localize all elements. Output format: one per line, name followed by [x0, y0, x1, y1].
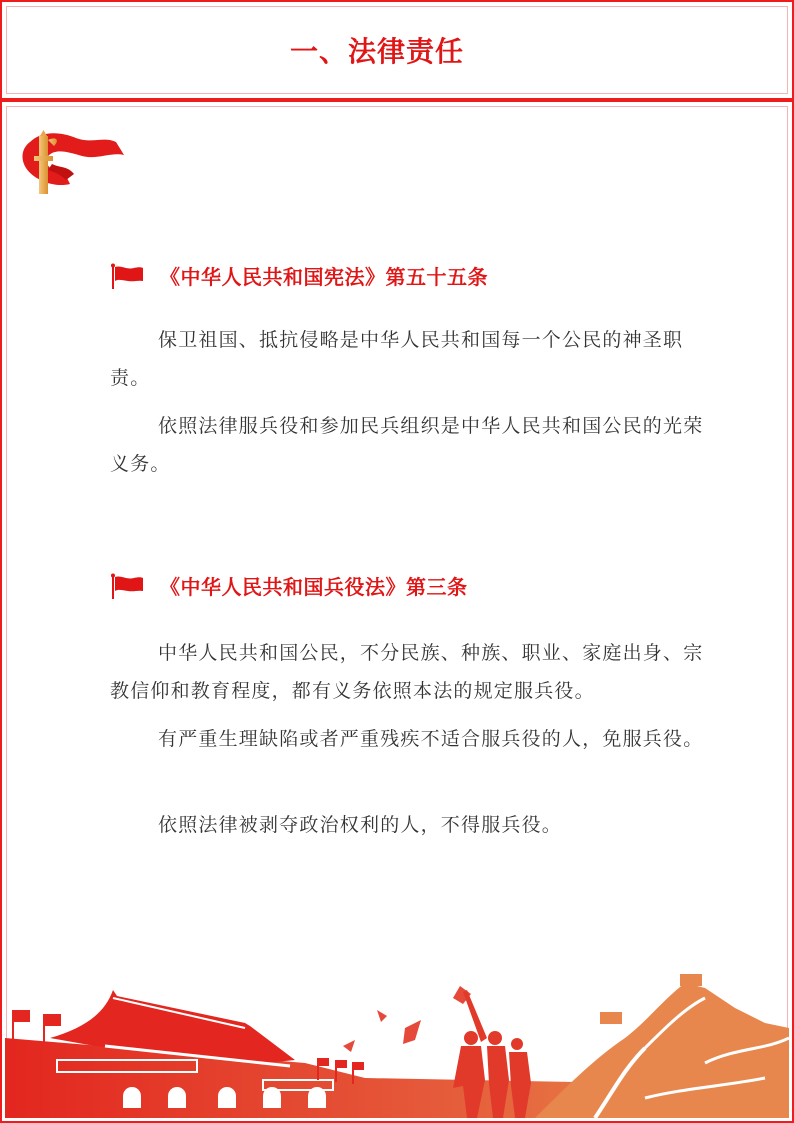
- section-heading-military-service-law: 《中华人民共和国兵役法》第三条: [110, 571, 468, 600]
- huabiao-ribbon-icon: [12, 128, 127, 198]
- paragraph: 保卫祖国、抵抗侵略是中华人民共和国每一个公民的神圣职责。: [110, 321, 720, 397]
- paragraph: 依照法律服兵役和参加民兵组织是中华人民共和国公民的光荣义务。: [110, 407, 720, 483]
- paragraph: 有严重生理缺陷或者严重残疾不适合服兵役的人，免服兵役。: [110, 720, 720, 758]
- content-inner-border: [6, 106, 788, 1117]
- section-heading-text: 《中华人民共和国兵役法》第三条: [160, 571, 468, 600]
- title-frame: 一、法律责任: [0, 0, 794, 100]
- paragraph: 中华人民共和国公民，不分民族、种族、职业、家庭出身、宗教信仰和教育程度，都有义务…: [110, 634, 720, 710]
- red-flag-icon: [110, 573, 144, 599]
- page-title: 一、法律责任: [2, 30, 792, 70]
- paragraph: 依照法律被剥夺政治权利的人，不得服兵役。: [110, 806, 720, 844]
- section-heading-text: 《中华人民共和国宪法》第五十五条: [160, 261, 488, 290]
- tiananmen-great-wall-illustration: [5, 968, 789, 1118]
- section-heading-constitution: 《中华人民共和国宪法》第五十五条: [110, 261, 488, 290]
- red-flag-icon: [110, 263, 144, 289]
